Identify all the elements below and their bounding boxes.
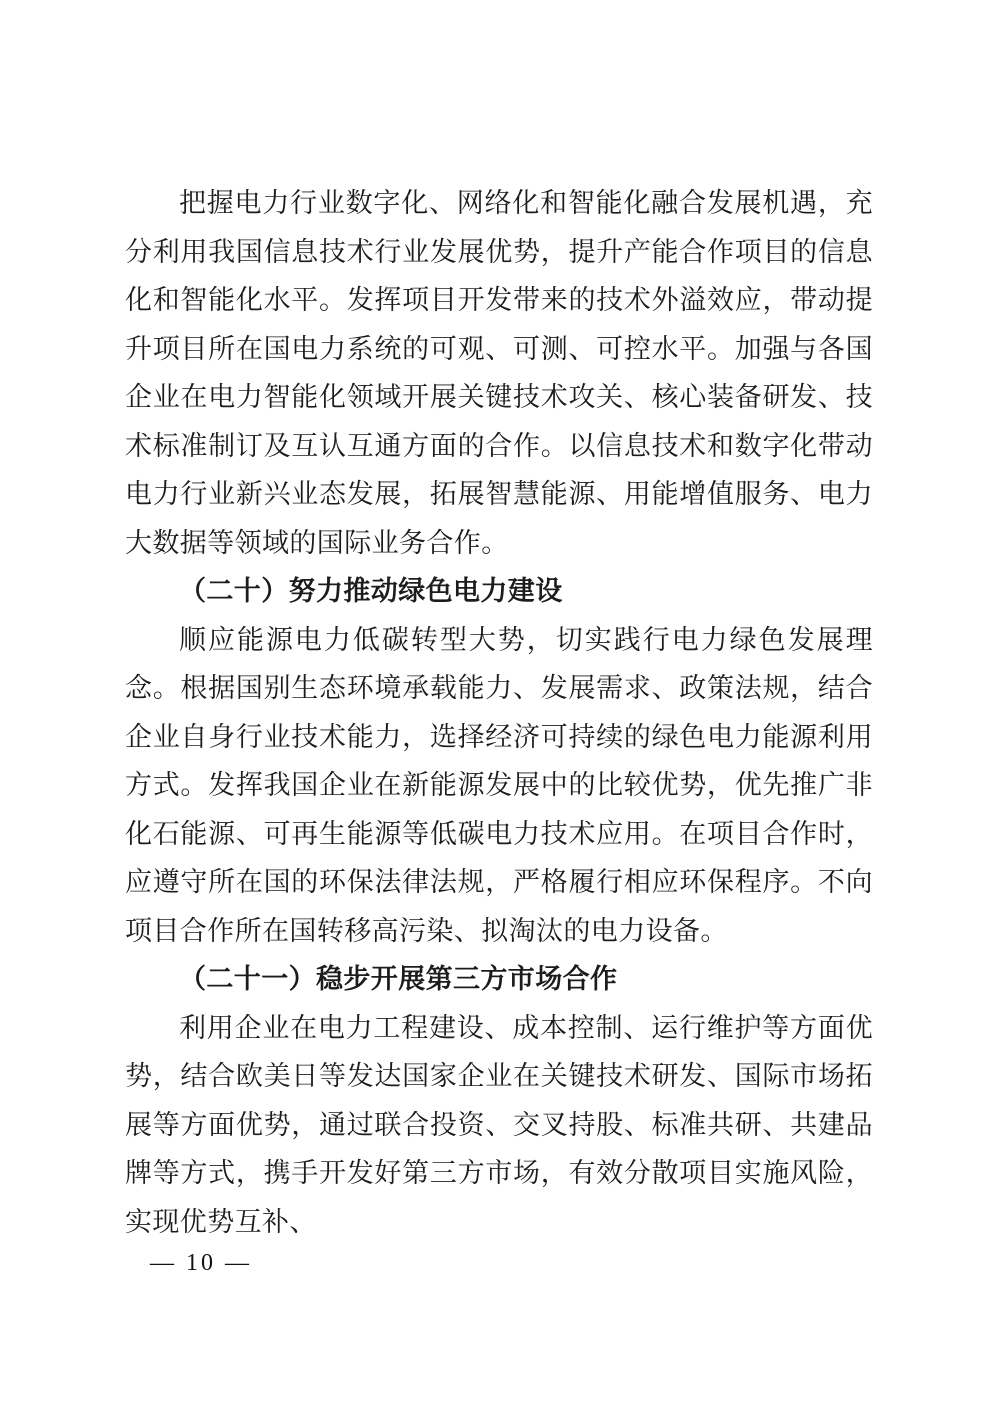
paragraph-third-party-market-cooperation: 利用企业在电力工程建设、成本控制、运行维护等方面优势，结合欧美日等发达国家企业在… [125, 1004, 873, 1247]
document-body: 把握电力行业数字化、网络化和智能化融合发展机遇，充分利用我国信息技术行业发展优势… [125, 179, 873, 1246]
section-heading-20-green-power: （二十）努力推动绿色电力建设 [125, 567, 873, 616]
page-number: — 10 — [150, 1250, 252, 1277]
document-page: 把握电力行业数字化、网络化和智能化融合发展机遇，充分利用我国信息技术行业发展优势… [0, 0, 992, 1403]
paragraph-digital-power-cooperation: 把握电力行业数字化、网络化和智能化融合发展机遇，充分利用我国信息技术行业发展优势… [125, 179, 873, 567]
paragraph-green-power-development: 顺应能源电力低碳转型大势，切实践行电力绿色发展理念。根据国别生态环境承载能力、发… [125, 616, 873, 956]
section-heading-21-third-party-market: （二十一）稳步开展第三方市场合作 [125, 955, 873, 1004]
